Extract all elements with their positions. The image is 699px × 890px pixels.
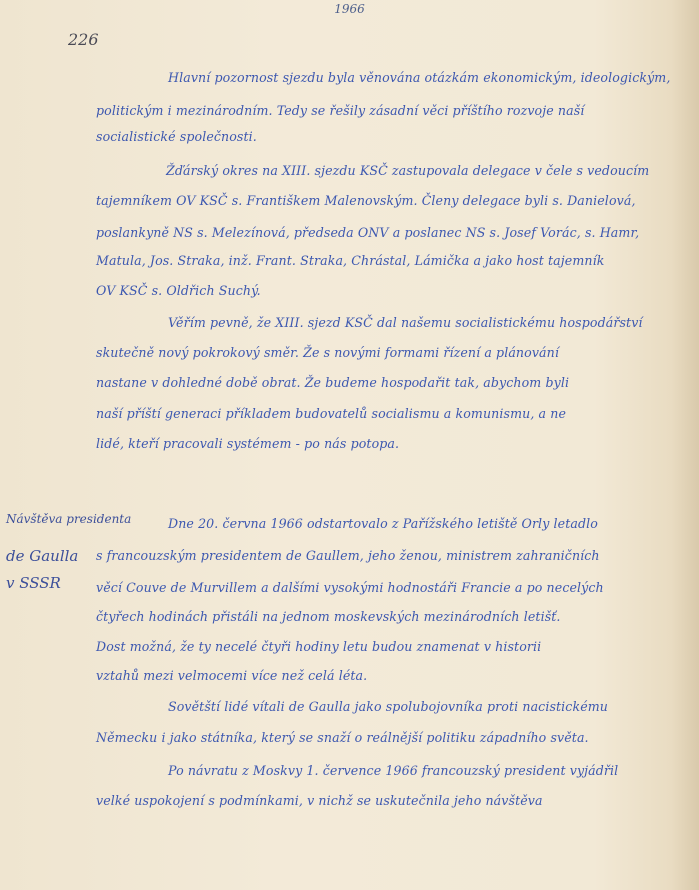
text-line: Věřím pevně, že XIII. sjezd KSČ dal naše… (168, 315, 643, 330)
text-line: naší příští generaci příkladem budovatel… (96, 406, 566, 421)
year-header: 1966 (0, 2, 699, 16)
margin-note-line: Návštěva presidenta (6, 512, 131, 526)
text-line: poslankyně NS s. Melezínová, předseda ON… (96, 225, 639, 240)
text-line: velké uspokojení s podmínkami, v nichž s… (96, 793, 543, 808)
margin-note-line: v SSSR (6, 574, 61, 592)
text-line: Matula, Jos. Straka, inž. Frant. Straka,… (96, 253, 604, 268)
text-line: Dne 20. června 1966 odstartovalo z Paříž… (168, 516, 598, 531)
text-line: tajemníkem OV KSČ s. Františkem Malenovs… (96, 193, 636, 208)
text-line: Sovětští lidé vítali de Gaulla jako spol… (168, 699, 608, 714)
text-line: Žďárský okres na XIII. sjezdu KSČ zastup… (166, 163, 649, 178)
page-number: 226 (68, 30, 99, 49)
text-line: skutečně nový pokrokový směr. Že s novým… (96, 345, 559, 360)
text-line: Německu i jako státníka, který se snaží … (96, 730, 589, 745)
handwritten-chronicle-page: 1966 226 Hlavní pozornost sjezdu byla vě… (0, 0, 699, 890)
text-line: OV KSČ s. Oldřich Suchý. (96, 283, 261, 298)
text-line: Hlavní pozornost sjezdu byla věnována ot… (168, 70, 670, 85)
text-line: Dost možná, že ty necelé čtyři hodiny le… (96, 639, 541, 654)
text-line: s francouzským presidentem de Gaullem, j… (96, 548, 600, 563)
text-line: politickým i mezinárodním. Tedy se řešil… (96, 103, 584, 118)
text-line: lidé, kteří pracovali systémem - po nás … (96, 436, 399, 451)
margin-note-line: de Gaulla (6, 547, 78, 565)
text-line: nastane v dohledné době obrat. Že budeme… (96, 375, 569, 390)
text-line: Po návratu z Moskvy 1. července 1966 fra… (168, 763, 618, 778)
text-line: čtyřech hodinách přistáli na jednom mosk… (96, 609, 561, 624)
text-line: věcí Couve de Murvillem a dalšími vysoký… (96, 580, 604, 595)
text-line: socialistické společnosti. (96, 129, 257, 144)
text-line: vztahů mezi velmocemi více než celá léta… (96, 668, 367, 683)
